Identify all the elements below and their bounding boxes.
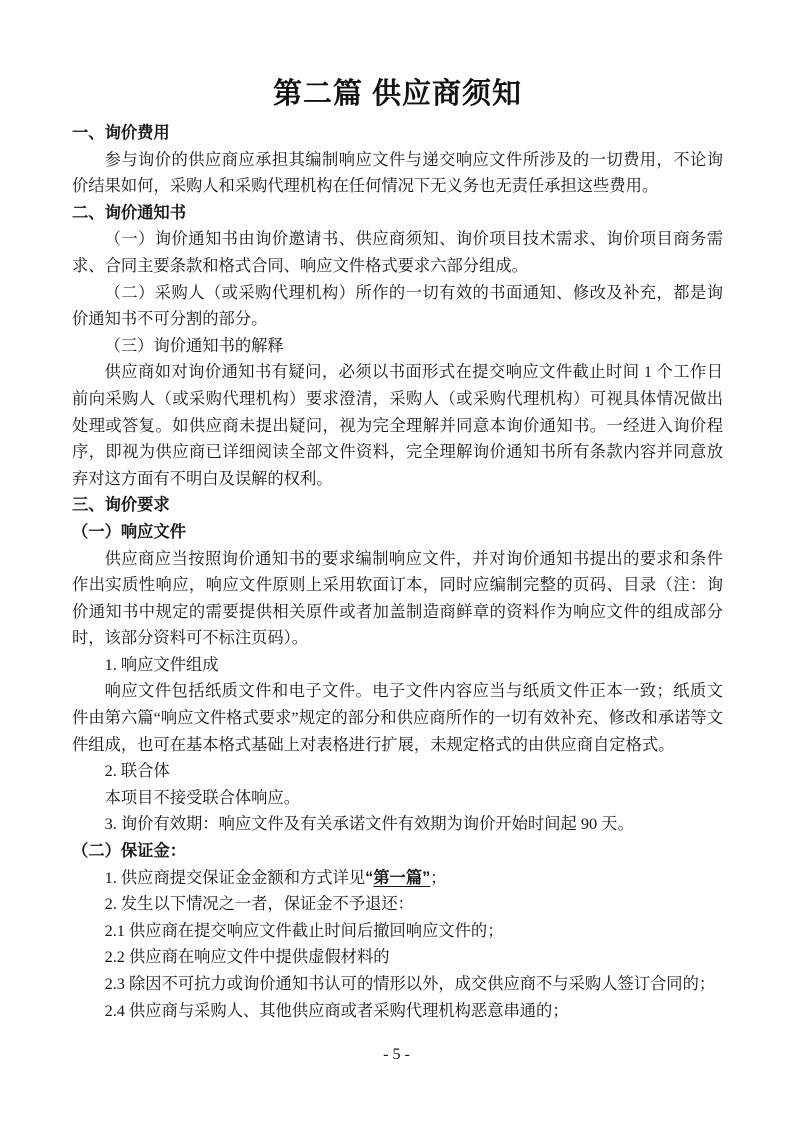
para-notice-interpretation: 供应商如对询价通知书有疑问，必须以书面形式在提交响应文件截止时间 1 个工作日前… (72, 359, 723, 492)
heading-inquiry-notice: 二、询价通知书 (72, 200, 723, 227)
text-run: 1. 供应商提交保证金金额和方式详见 (105, 868, 366, 887)
subheading-deposit: （二）保证金： (72, 838, 723, 865)
page-number: - 5 - (0, 1046, 793, 1064)
para-consortium: 本项目不接受联合体响应。 (72, 785, 723, 812)
document-content: 第二篇 供应商须知 一、询价费用 参与询价的供应商应承担其编制响应文件与递交响应… (72, 76, 723, 1024)
para-validity-period: 3. 询价有效期：响应文件及有关承诺文件有效期为询价开始时间起 90 天。 (72, 811, 723, 838)
document-page: 第二篇 供应商须知 一、询价费用 参与询价的供应商应承担其编制响应文件与递交响应… (0, 0, 793, 1122)
para-consortium-title: 2. 联合体 (72, 758, 723, 785)
para-notice-composition: （一）询价通知书由询价邀请书、供应商须知、询价项目技术需求、询价项目商务需求、合… (72, 226, 723, 279)
para-response-composition: 响应文件包括纸质文件和电子文件。电子文件内容应当与纸质文件正本一致；纸质文件由第… (72, 678, 723, 758)
para-notice-modifications: （二）采购人（或采购代理机构）所作的一切有效的书面通知、修改及补充，都是询价通知… (72, 280, 723, 333)
subheading-response-documents: （一）响应文件 (72, 519, 723, 546)
para-response-requirements: 供应商应当按照询价通知书的要求编制响应文件，并对询价通知书提出的要求和条件作出实… (72, 546, 723, 652)
heading-inquiry-requirements: 三、询价要求 (72, 492, 723, 519)
para-response-composition-title: 1. 响应文件组成 (72, 652, 723, 679)
document-title: 第二篇 供应商须知 (72, 76, 723, 112)
para-forfeit-2-1: 2.1 供应商在提交响应文件截止时间后撤回响应文件的； (72, 918, 723, 945)
heading-inquiry-fees: 一、询价费用 (72, 120, 723, 147)
para-inquiry-fees: 参与询价的供应商应承担其编制响应文件与递交响应文件所涉及的一切费用，不论询价结果… (72, 147, 723, 200)
first-part-reference: 第一篇” (373, 869, 430, 887)
para-forfeit-2-4: 2.4 供应商与采购人、其他供应商或者采购代理机构恶意串通的； (72, 998, 723, 1025)
text-run: ； (430, 868, 446, 887)
para-notice-interpretation-title: （三）询价通知书的解释 (72, 333, 723, 360)
para-deposit-amount: 1. 供应商提交保证金金额和方式详见“第一篇”； (72, 865, 723, 892)
para-forfeit-2-3: 2.3 除因不可抗力或询价通知书认可的情形以外，成交供应商不与采购人签订合同的； (72, 971, 723, 998)
para-forfeit-2-2: 2.2 供应商在响应文件中提供虚假材料的 (72, 944, 723, 971)
para-deposit-forfeit-intro: 2. 发生以下情况之一者，保证金不予退还： (72, 891, 723, 918)
